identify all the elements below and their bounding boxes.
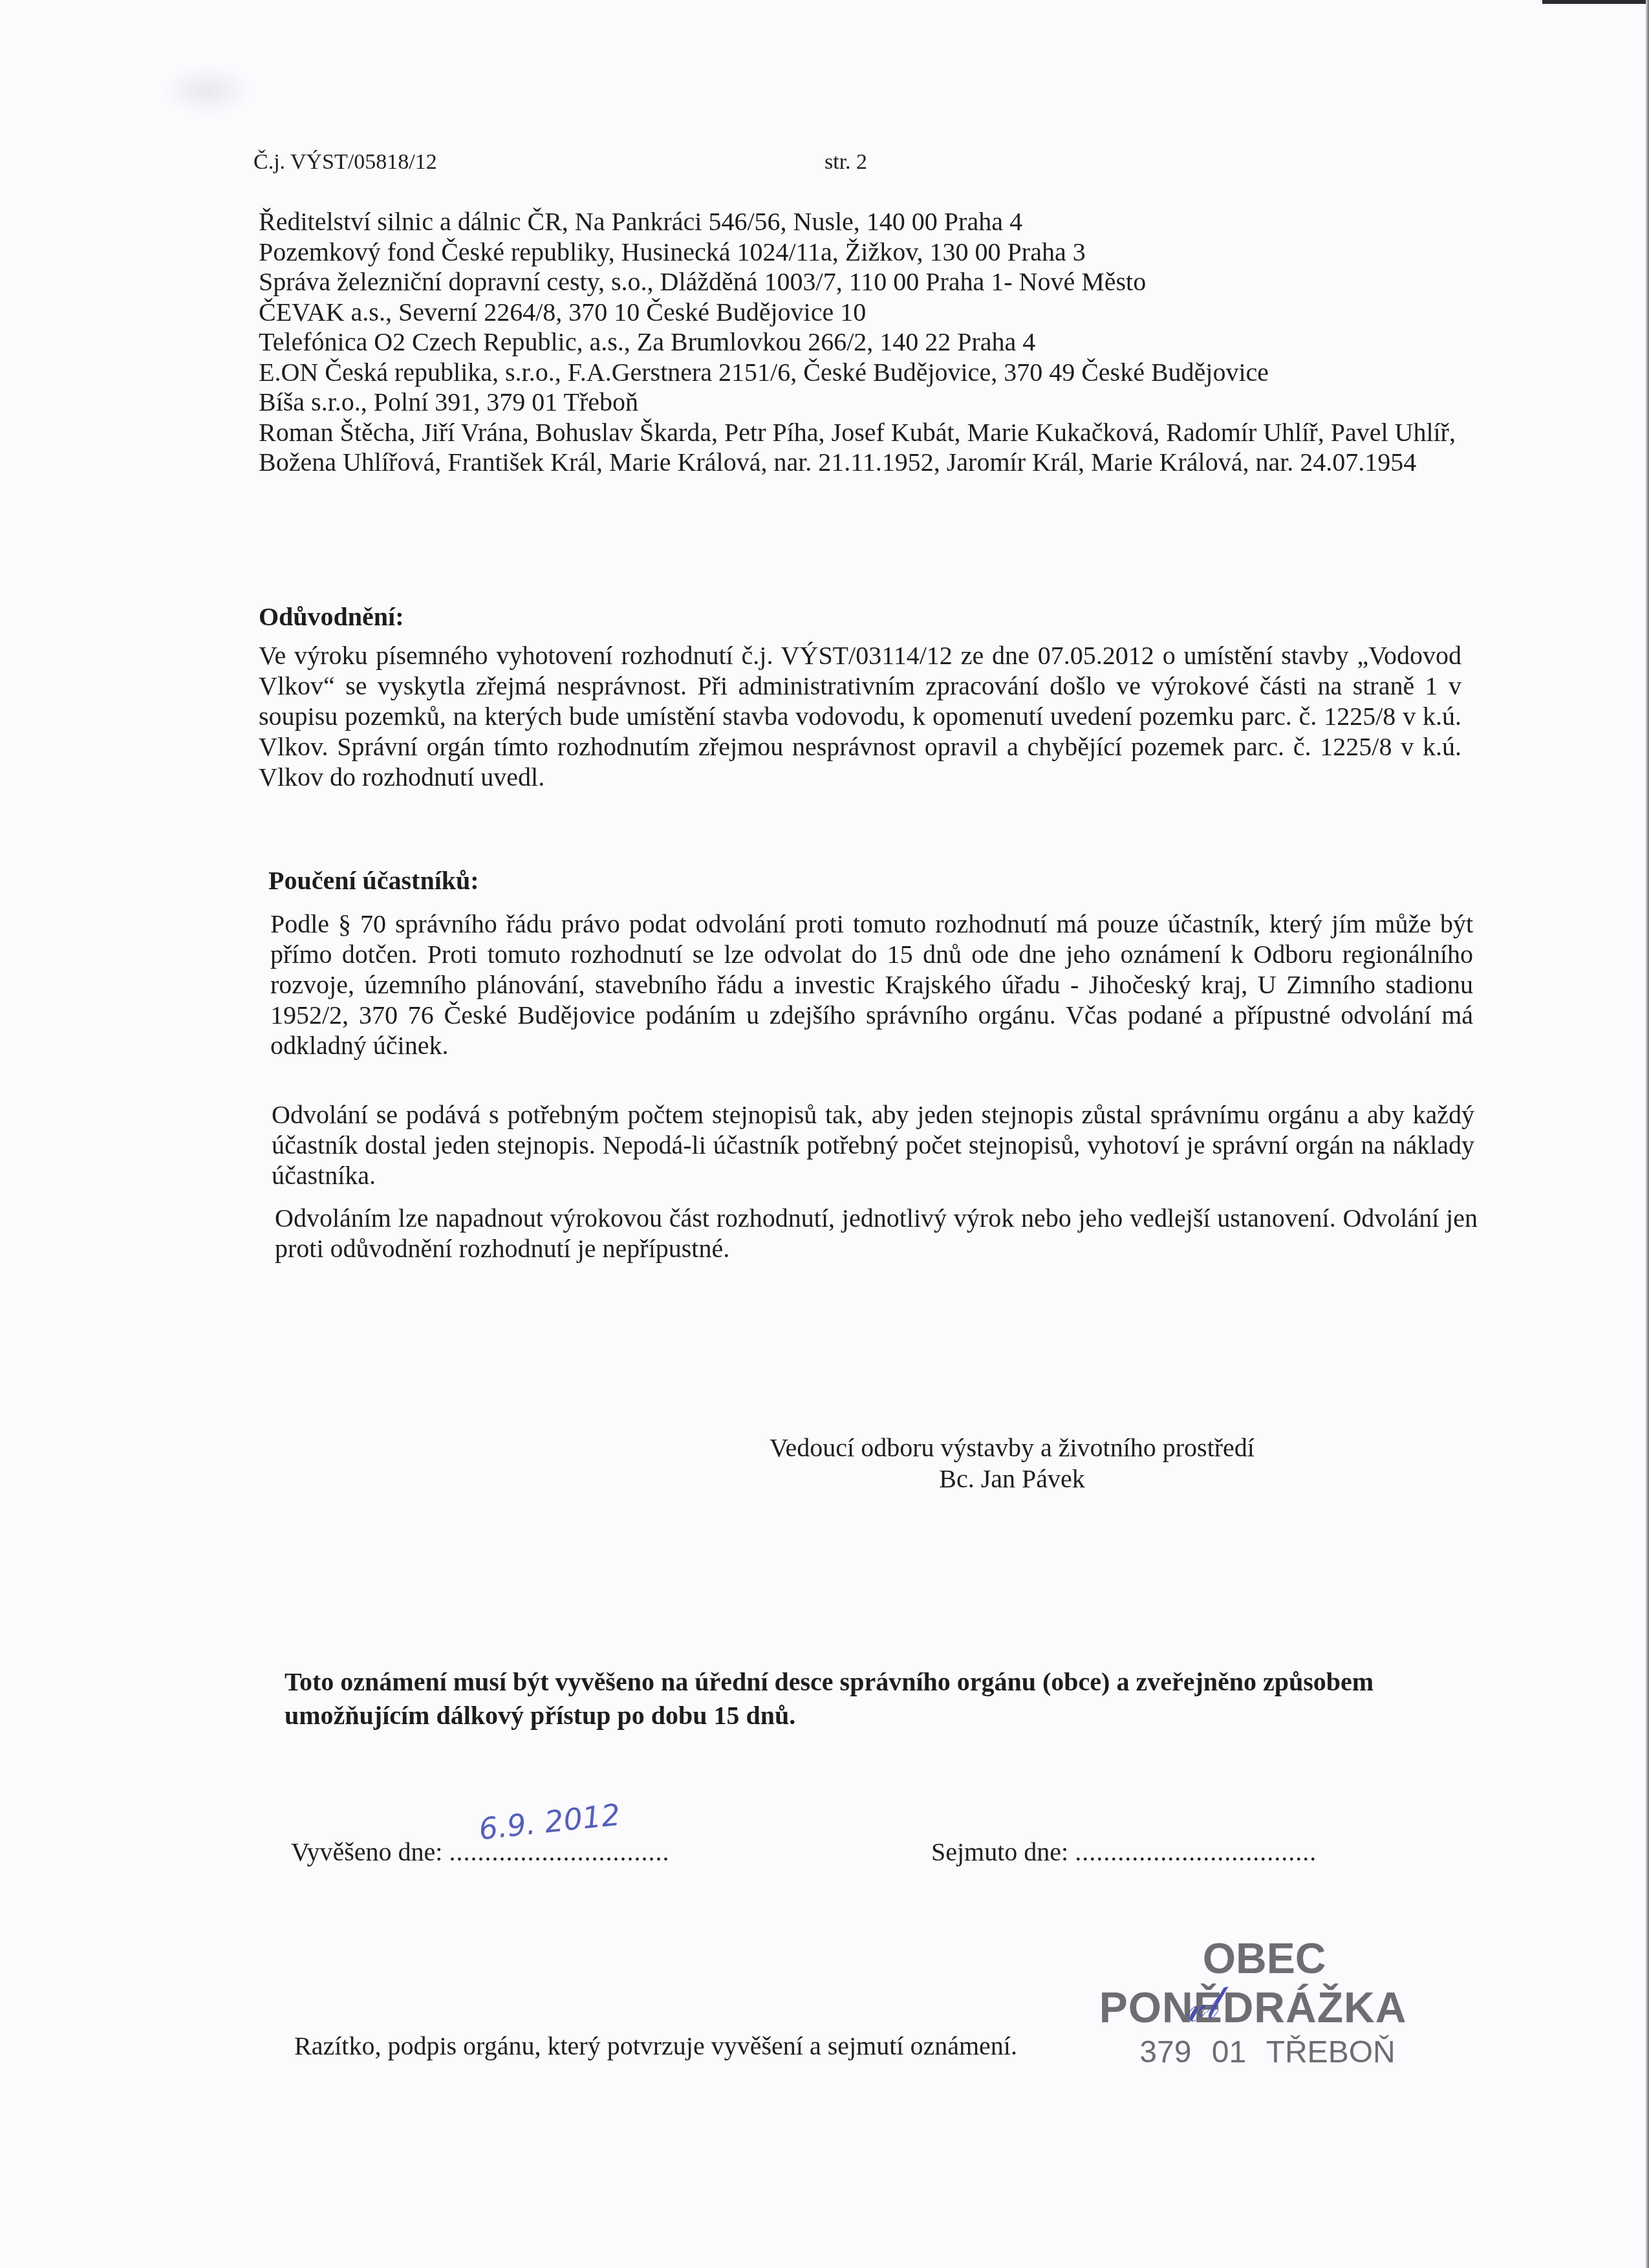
scan-artifact <box>1542 0 1646 4</box>
instruction-paragraph: Odvoláním lze napadnout výrokovou část r… <box>275 1203 1478 1264</box>
recipient: Ředitelství silnic a dálnic ČR, Na Pankr… <box>259 207 1474 237</box>
stamp-line: PONĚDRÁŽKA <box>1061 1983 1445 2032</box>
signature-block: Vedoucí odboru výstavby a životního pros… <box>766 1432 1258 1495</box>
recipient: Pozemkový fond České republiky, Husineck… <box>259 237 1474 268</box>
reasoning-heading: Odůvodnění: <box>259 601 404 632</box>
recipient-persons: Roman Štěcha, Jiří Vrána, Bohuslav Škard… <box>259 418 1461 478</box>
recipient: Bíša s.r.o., Polní 391, 379 01 Třeboň <box>259 387 1474 418</box>
reasoning-text: Ve výroku písemného vyhotovení rozhodnut… <box>259 640 1461 792</box>
instruction-paragraph: Podle § 70 správního řádu právo podat od… <box>270 909 1473 1061</box>
stamp-line: 379 01 TŘEBOŇ <box>1090 2032 1445 2073</box>
instruction-heading: Poučení účastníků: <box>268 865 479 896</box>
posting-notice: Toto oznámení musí být vyvěšeno na úředn… <box>285 1665 1513 1733</box>
instruction-paragraph: Odvolání se podává s potřebným počtem st… <box>272 1099 1474 1191</box>
municipal-stamp: OBEC PONĚDRÁŽKA 379 01 TŘEBOŇ <box>1109 1934 1445 2073</box>
recipient: Telefónica O2 Czech Republic, a.s., Za B… <box>259 327 1474 358</box>
recipient: E.ON Česká republika, s.r.o., F.A.Gerstn… <box>259 358 1474 388</box>
paper-smudge <box>162 65 252 116</box>
signatory-name: Bc. Jan Pávek <box>766 1463 1258 1495</box>
reference-number: Č.j. VÝST/05818/12 <box>253 150 437 175</box>
removed-date-field: Sejmuto dne: ...........................… <box>931 1837 1317 1867</box>
recipient: ČEVAK a.s., Severní 2264/8, 370 10 České… <box>259 297 1474 328</box>
posted-label: Vyvěšeno dne: <box>291 1837 442 1866</box>
removed-dots: .................................. <box>1075 1837 1317 1866</box>
removed-label: Sejmuto dne: <box>931 1837 1068 1866</box>
page-number: str. 2 <box>824 150 867 175</box>
stamp-caption: Razítko, podpis orgánu, který potvrzuje … <box>294 2031 1017 2061</box>
recipient: Správa železniční dopravní cesty, s.o., … <box>259 267 1474 297</box>
recipients-list: Ředitelství silnic a dálnic ČR, Na Pankr… <box>259 207 1474 478</box>
scan-edge <box>1646 0 1649 2268</box>
stamp-line: OBEC <box>1083 1934 1445 1983</box>
signatory-title: Vedoucí odboru výstavby a životního pros… <box>766 1432 1258 1463</box>
